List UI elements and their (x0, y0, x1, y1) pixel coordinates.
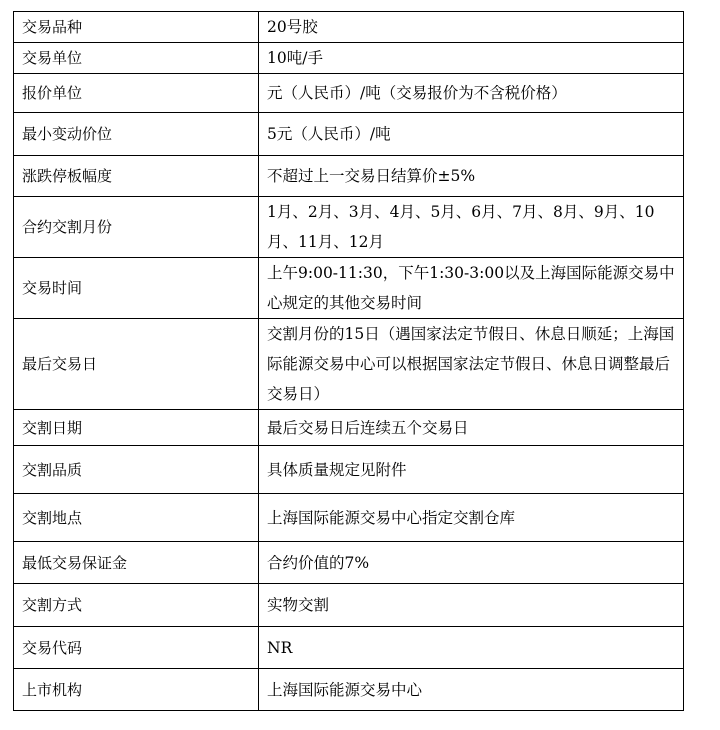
table-row: 交易品种20号胶 (14, 12, 684, 43)
row-value: 20号胶 (259, 12, 684, 43)
row-value: 上海国际能源交易中心指定交割仓库 (259, 494, 684, 542)
contract-spec-table: 交易品种20号胶交易单位10吨/手报价单位元（人民币）/吨（交易报价为不含税价格… (13, 11, 684, 711)
row-value: 10吨/手 (259, 43, 684, 74)
row-label: 最后交易日 (14, 319, 259, 410)
table-row: 交割方式实物交割 (14, 584, 684, 627)
row-value: 最后交易日后连续五个交易日 (259, 410, 684, 446)
row-label: 交割方式 (14, 584, 259, 627)
row-value: 5元（人民币）/吨 (259, 113, 684, 156)
row-value: 不超过上一交易日结算价±5% (259, 156, 684, 197)
row-label: 涨跌停板幅度 (14, 156, 259, 197)
row-value: 交割月份的15日（遇国家法定节假日、休息日顺延；上海国际能源交易中心可以根据国家… (259, 319, 684, 410)
table-row: 最后交易日交割月份的15日（遇国家法定节假日、休息日顺延；上海国际能源交易中心可… (14, 319, 684, 410)
table-row: 最低交易保证金合约价值的7% (14, 542, 684, 584)
row-label: 交易时间 (14, 258, 259, 319)
table-row: 最小变动价位5元（人民币）/吨 (14, 113, 684, 156)
row-value: NR (259, 627, 684, 669)
table-row: 报价单位元（人民币）/吨（交易报价为不含税价格） (14, 74, 684, 113)
row-value: 1月、2月、3月、4月、5月、6月、7月、8月、9月、10月、11月、12月 (259, 197, 684, 258)
row-label: 最小变动价位 (14, 113, 259, 156)
row-value: 具体质量规定见附件 (259, 446, 684, 494)
row-label: 最低交易保证金 (14, 542, 259, 584)
row-label: 交易代码 (14, 627, 259, 669)
row-value: 上午9:00-11:30，下午1:30-3:00以及上海国际能源交易中心规定的其… (259, 258, 684, 319)
row-label: 交易单位 (14, 43, 259, 74)
row-value: 实物交割 (259, 584, 684, 627)
row-label: 交割日期 (14, 410, 259, 446)
table-row: 交割日期最后交易日后连续五个交易日 (14, 410, 684, 446)
row-label: 报价单位 (14, 74, 259, 113)
table-row: 交割品质具体质量规定见附件 (14, 446, 684, 494)
row-label: 交易品种 (14, 12, 259, 43)
row-value: 上海国际能源交易中心 (259, 669, 684, 711)
row-label: 上市机构 (14, 669, 259, 711)
table-row: 涨跌停板幅度不超过上一交易日结算价±5% (14, 156, 684, 197)
table-row: 交易单位10吨/手 (14, 43, 684, 74)
table-row: 交割地点上海国际能源交易中心指定交割仓库 (14, 494, 684, 542)
row-label: 交割地点 (14, 494, 259, 542)
table-row: 上市机构上海国际能源交易中心 (14, 669, 684, 711)
table-row: 交易时间上午9:00-11:30，下午1:30-3:00以及上海国际能源交易中心… (14, 258, 684, 319)
table-row: 交易代码NR (14, 627, 684, 669)
row-label: 合约交割月份 (14, 197, 259, 258)
row-value: 元（人民币）/吨（交易报价为不含税价格） (259, 74, 684, 113)
row-label: 交割品质 (14, 446, 259, 494)
table-row: 合约交割月份1月、2月、3月、4月、5月、6月、7月、8月、9月、10月、11月… (14, 197, 684, 258)
row-value: 合约价值的7% (259, 542, 684, 584)
